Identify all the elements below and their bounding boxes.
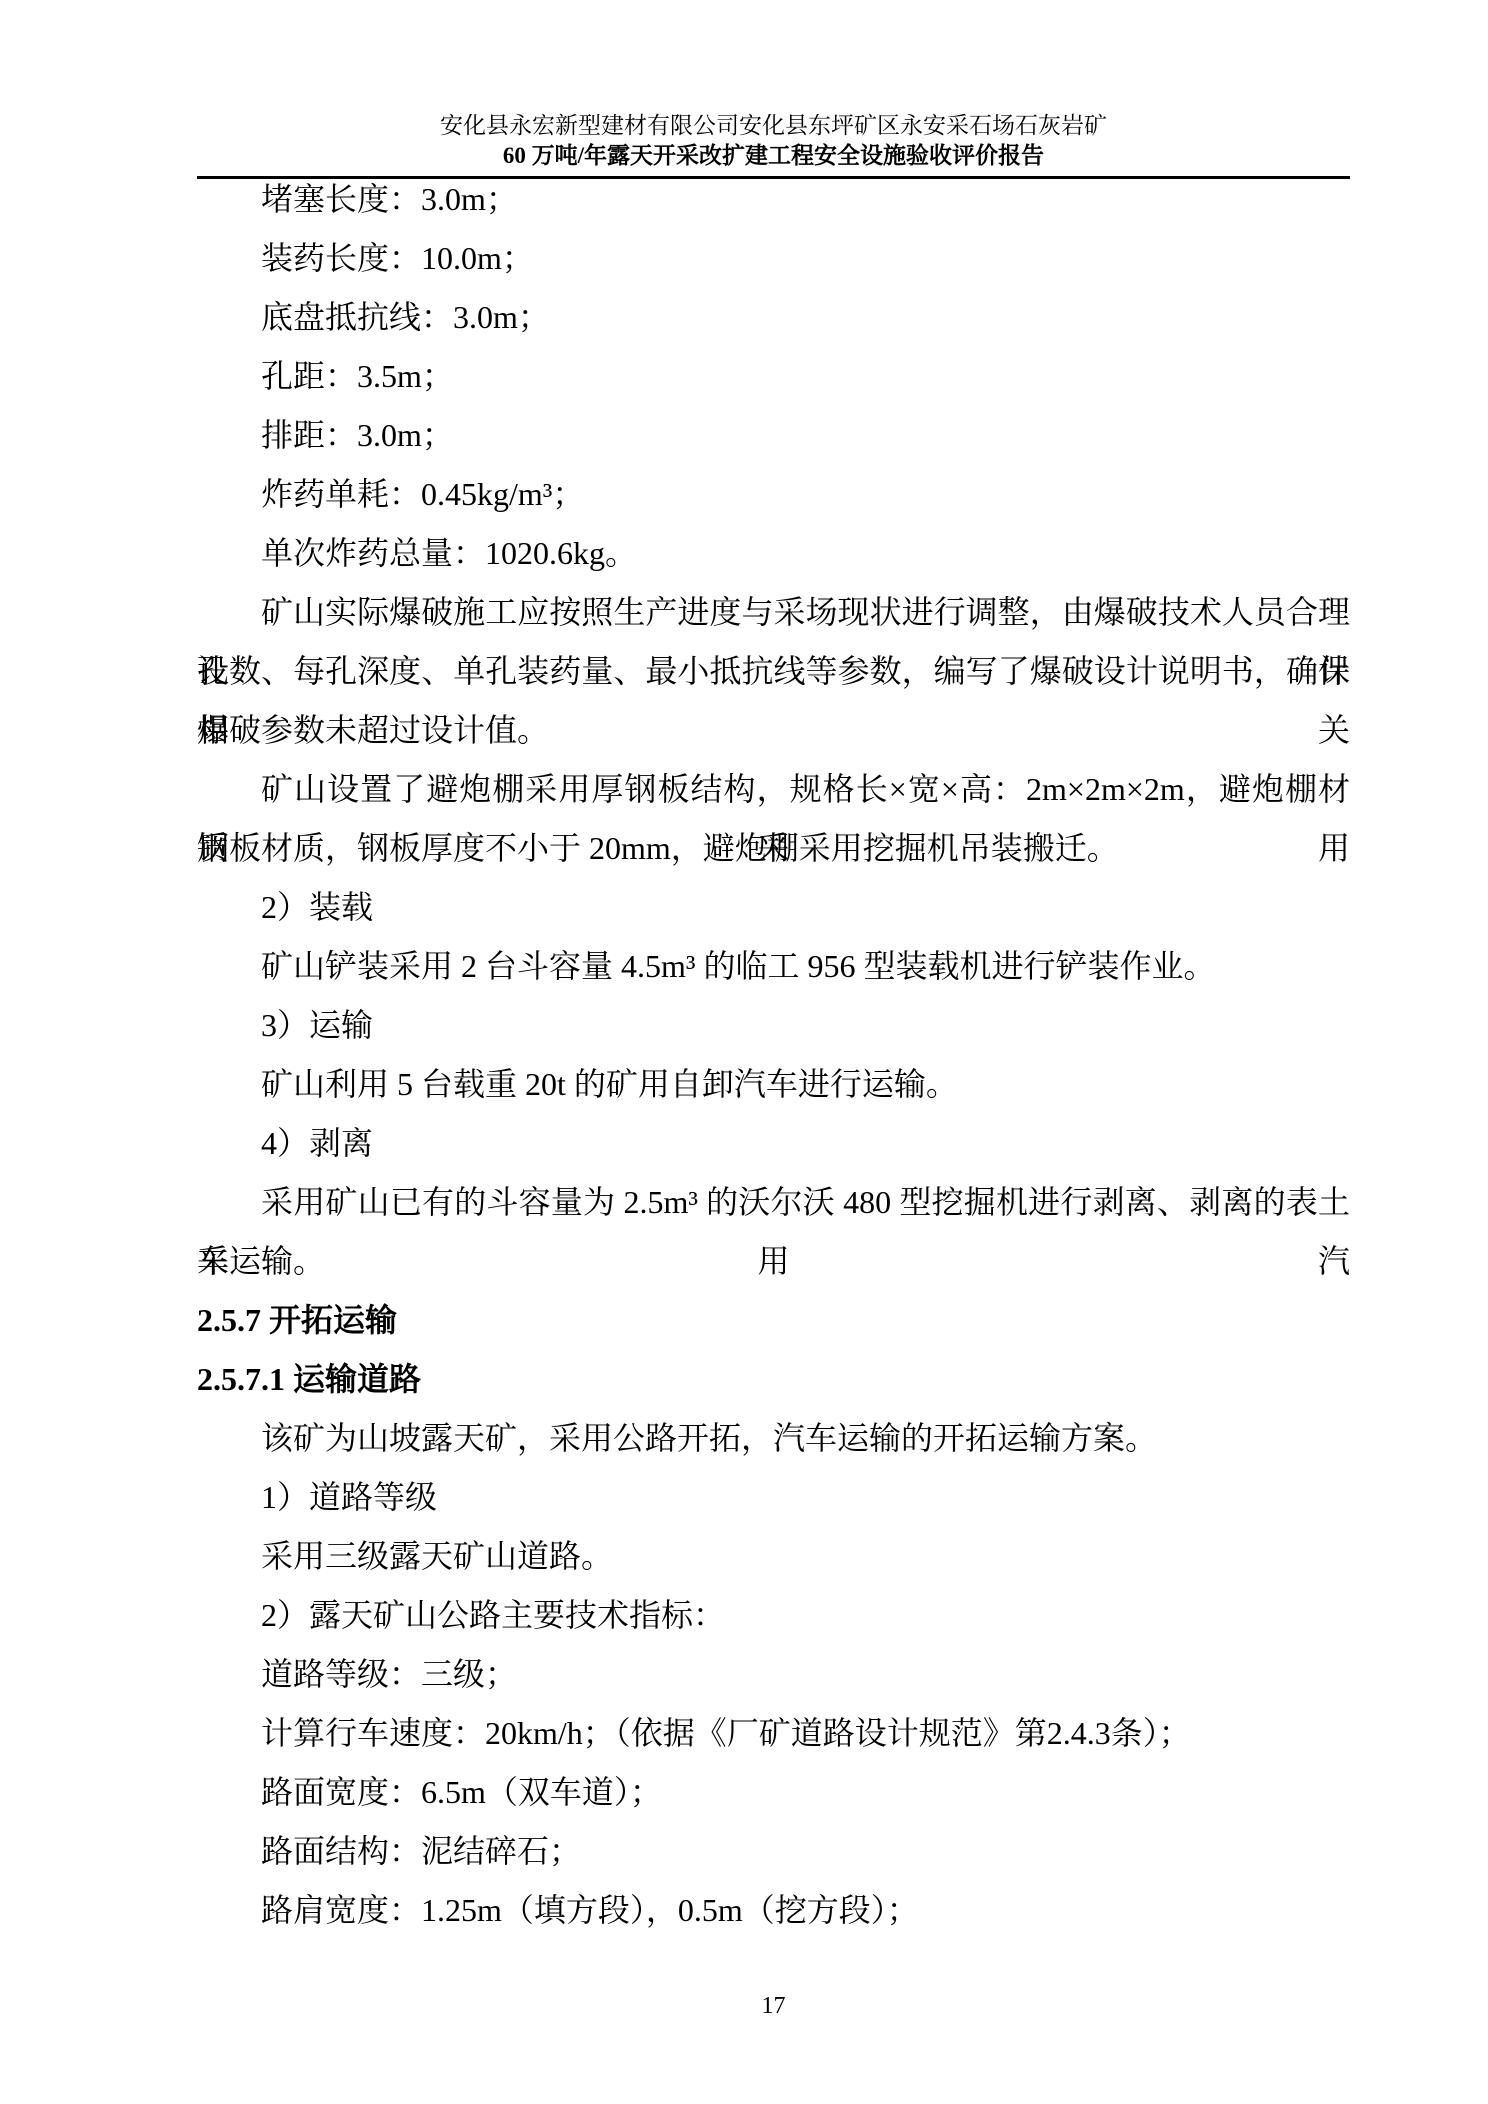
item-road-grade-heading: 1）道路等级 xyxy=(197,1468,1350,1527)
para-stripping-line-1: 采用矿山已有的斗容量为 2.5m³ 的沃尔沃 480 型挖掘机进行剥离、剥离的表… xyxy=(197,1173,1350,1232)
line-design-speed: 计算行车速度：20km/h；（依据《厂矿道路设计规范》第2.4.3条）； xyxy=(197,1704,1350,1763)
line-charge-length: 装药长度：10.0m； xyxy=(197,229,1350,288)
section-heading-2-5-7: 2.5.7 开拓运输 xyxy=(197,1291,1350,1350)
line-road-grade-value: 道路等级：三级； xyxy=(197,1645,1350,1704)
page-number: 17 xyxy=(197,1992,1350,2020)
para-transport: 矿山利用 5 台载重 20t 的矿用自卸汽车进行运输。 xyxy=(197,1055,1350,1114)
header-line-1: 安化县永宏新型建材有限公司安化县东坪矿区永安采石场石灰岩矿 xyxy=(197,111,1350,141)
item-loading-heading: 2）装载 xyxy=(197,878,1350,937)
para-blasting-adjust-line-1: 矿山实际爆破施工应按照生产进度与采场现状进行调整，由爆破技术人员合理设计 xyxy=(197,583,1350,642)
line-stem-length: 堵塞长度：3.0m； xyxy=(197,170,1350,229)
item-road-indicators-heading: 2）露天矿山公路主要技术指标： xyxy=(197,1586,1350,1645)
item-transport-heading: 3）运输 xyxy=(197,996,1350,1055)
para-blasting-adjust-line-2: 孔数、每孔深度、单孔装药量、最小抵抗线等参数，编写了爆破设计说明书，确保相关 xyxy=(197,642,1350,701)
line-road-width: 路面宽度：6.5m（双车道）； xyxy=(197,1763,1350,1822)
line-shoulder-width: 路肩宽度：1.25m（填方段），0.5m（挖方段）； xyxy=(197,1881,1350,1940)
line-toe-burden: 底盘抵抗线：3.0m； xyxy=(197,288,1350,347)
line-total-charge: 单次炸药总量：1020.6kg。 xyxy=(197,524,1350,583)
section-heading-2-5-7-1: 2.5.7.1 运输道路 xyxy=(197,1350,1350,1409)
para-road-scheme: 该矿为山坡露天矿，采用公路开拓，汽车运输的开拓运输方案。 xyxy=(197,1409,1350,1468)
para-road-grade: 采用三级露天矿山道路。 xyxy=(197,1527,1350,1586)
line-row-spacing: 排距：3.0m； xyxy=(197,406,1350,465)
para-blast-shelter-line-1: 矿山设置了避炮棚采用厚钢板结构，规格长×宽×高：2m×2m×2m，避炮棚材质采用 xyxy=(197,760,1350,819)
header-line-2: 60 万吨/年露天开采改扩建工程安全设施验收评价报告 xyxy=(197,141,1350,171)
line-powder-factor: 炸药单耗：0.45kg/m³； xyxy=(197,465,1350,524)
line-hole-spacing: 孔距：3.5m； xyxy=(197,347,1350,406)
item-stripping-heading: 4）剥离 xyxy=(197,1114,1350,1173)
para-loading: 矿山铲装采用 2 台斗容量 4.5m³ 的临工 956 型装载机进行铲装作业。 xyxy=(197,937,1350,996)
page-header: 安化县永宏新型建材有限公司安化县东坪矿区永安采石场石灰岩矿 60 万吨/年露天开… xyxy=(197,111,1350,171)
document-body: 堵塞长度：3.0m； 装药长度：10.0m； 底盘抵抗线：3.0m； 孔距：3.… xyxy=(197,170,1350,1940)
document-page: 安化县永宏新型建材有限公司安化县东坪矿区永安采石场石灰岩矿 60 万吨/年露天开… xyxy=(0,0,1488,2104)
line-road-structure: 路面结构：泥结碎石； xyxy=(197,1822,1350,1881)
